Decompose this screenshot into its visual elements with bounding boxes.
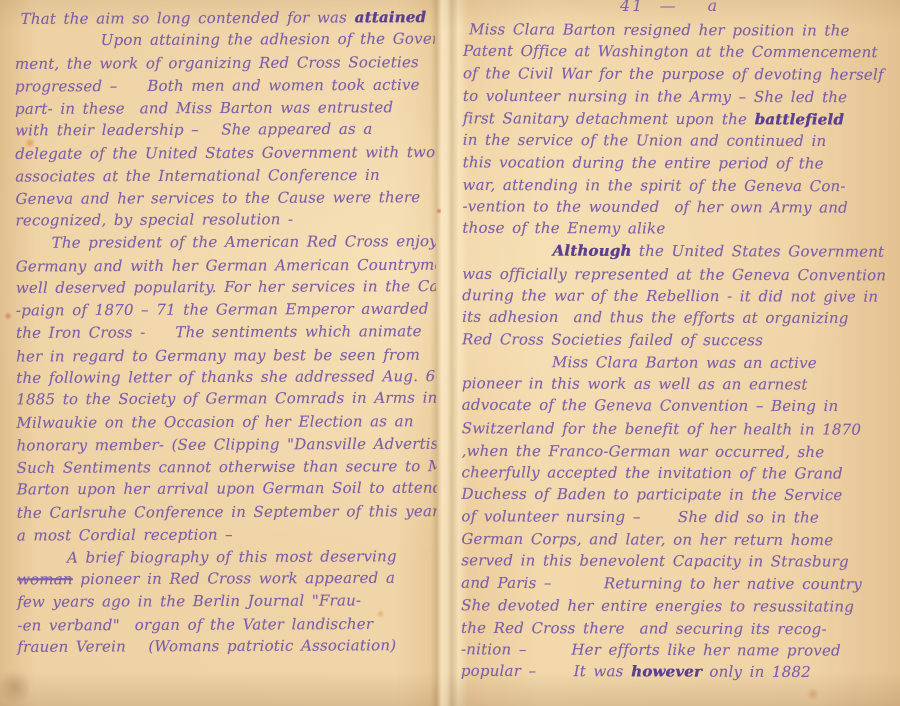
text-segment: well deserved popularity. For her servic… (16, 277, 436, 297)
manuscript-line: Such Sentiments cannot otherwise than se… (15, 455, 437, 479)
manuscript-line: the Red Cross there and securing its rec… (459, 617, 897, 641)
manuscript-line: a most Cordial reception – (15, 523, 437, 547)
page-number: 41 — a (620, 0, 719, 17)
text-segment: those of the Enemy alike (462, 219, 665, 238)
manuscript-line: cheerfully accepted the invitation of th… (460, 461, 898, 485)
manuscript-line: well deserved popularity. For her servic… (14, 275, 436, 299)
text-segment: a most Cordial reception – (17, 526, 233, 545)
manuscript-line: Miss Clara Barton was an active (460, 351, 898, 375)
manuscript-line: few years ago in the Berlin Journal "Fra… (15, 589, 437, 613)
text-segment: ,when the Franco-German war occurred, sh… (462, 442, 825, 461)
manuscript-line: and Paris – Returning to her native coun… (459, 571, 897, 595)
manuscript-line: her in regard to Germany may best be see… (14, 343, 436, 367)
manuscript-line: Duchess of Baden to participate in the S… (459, 483, 897, 507)
text-segment: Switzerland for the benefit of her healt… (462, 419, 862, 438)
manuscript-line: She devoted her entire energies to resus… (459, 594, 897, 618)
text-segment: That the aim so long contended for was (21, 8, 355, 27)
right-page: 41 — a Miss Clara Barton resigned her po… (452, 0, 900, 706)
left-page-text: That the aim so long contended for was a… (0, 6, 438, 659)
text-segment: frauen Verein (Womans patriotic Associat… (17, 636, 396, 656)
text-segment: associates at the International Conferen… (15, 166, 380, 186)
manuscript-line: Although the United States Government (460, 240, 898, 264)
manuscript-line: Patent Office at Washington at the Comme… (461, 40, 899, 64)
text-segment: -vention to the wounded of her own Army … (462, 197, 847, 216)
text-segment: She devoted her entire energies to resus… (461, 596, 854, 615)
manuscript-line: served in this benevolent Capacity in St… (459, 550, 897, 574)
manuscript-line: honorary member- (See Clipping "Dansvill… (14, 433, 436, 457)
manuscript-line: 1885 to the Society of German Comrads in… (14, 387, 436, 411)
text-segment: with their leadership – She appeared as … (15, 120, 372, 140)
text-segment: A brief biography of this most deserving (67, 547, 397, 566)
manuscript-line: its adhesion and thus the efforts at org… (460, 306, 898, 330)
text-segment: Geneva and her services to the Cause wer… (15, 188, 420, 208)
manuscript-line: Barton upon her arrival upon German Soil… (15, 477, 437, 501)
text-segment: Germany and with her German American Cou… (16, 255, 436, 275)
text-segment: Duchess of Baden to participate in the S… (461, 485, 842, 504)
manuscript-line: Upon attaining the adhesion of the Gover… (13, 28, 435, 52)
text-segment: progressed – Both men and women took act… (15, 76, 420, 96)
text-segment: Miss Clara Barton resigned her position … (469, 20, 850, 39)
manuscript-line: Red Cross Societies failed of success (460, 328, 898, 352)
manuscript-line: those of the Enemy alike (460, 217, 898, 241)
text-segment: Although (552, 242, 631, 260)
text-segment: first Sanitary detachment upon the (463, 109, 755, 128)
manuscript-line: part- in these and Miss Barton was entru… (13, 96, 435, 120)
text-segment: the Carlsruhe Conference in September of… (17, 502, 437, 522)
text-segment: in the service of the Union and continue… (463, 130, 827, 149)
manuscript-line: was officially represented at the Geneva… (460, 262, 898, 286)
manuscript-line: the Carlsruhe Conference in September of… (15, 500, 437, 524)
text-segment: was officially represented at the Geneva… (462, 264, 886, 283)
text-segment: the United States Government (631, 242, 884, 261)
manuscript-line: The president of the American Red Cross … (14, 230, 436, 254)
right-page-text: Miss Clara Barton resigned her position … (452, 18, 900, 684)
manuscript-line: woman pioneer in Red Cross work appeared… (15, 566, 437, 590)
text-segment: her in regard to Germany may best be see… (16, 345, 420, 365)
manuscript-line: during the war of the Rebellion - it did… (460, 284, 898, 308)
text-segment: -paign of 1870 – 71 the German Emperor a… (16, 299, 436, 319)
manuscript-line: ment, the work of organizing Red Cross S… (13, 51, 435, 75)
manuscript-line: delegate of the United States Government… (13, 141, 435, 165)
text-segment: 1885 to the Society of German Comrads in… (16, 389, 436, 409)
text-segment: Patent Office at Washington at the Comme… (463, 42, 878, 61)
text-segment: Red Cross Societies failed of success (462, 330, 763, 349)
manuscript-line: the Iron Cross - The sentiments which an… (14, 320, 436, 344)
manuscript-photo: That the aim so long contended for was a… (0, 0, 900, 706)
manuscript-line: Milwaukie on the Occasion of her Electio… (14, 410, 436, 434)
manuscript-line: progressed – Both men and women took act… (13, 74, 435, 98)
left-page: That the aim so long contended for was a… (0, 0, 438, 706)
manuscript-line: Germany and with her German American Cou… (14, 253, 436, 277)
text-segment: of volunteer nursing – She did so in the (461, 507, 819, 526)
manuscript-line: advocate of the Geneva Convention – Bein… (460, 394, 898, 418)
text-segment: served in this benevolent Capacity in St… (461, 552, 849, 571)
text-segment: Miss Clara Barton was an active (552, 353, 817, 372)
manuscript-line: -nition – Her efforts like her name prov… (459, 638, 897, 662)
text-segment: woman (17, 570, 73, 588)
manuscript-line: A brief biography of this most deserving (15, 545, 437, 569)
manuscript-line: -en verband" organ of the Vater landisch… (15, 612, 437, 636)
manuscript-line: with their leadership – She appeared as … (13, 118, 435, 142)
text-segment: battlefield (754, 110, 843, 128)
text-segment: part- in these and Miss Barton was entru… (15, 98, 393, 118)
text-segment: and Paris – Returning to her native coun… (461, 573, 862, 592)
text-segment: its adhesion and thus the efforts at org… (462, 308, 848, 327)
text-segment: Upon attaining the adhesion of the Gover… (101, 30, 435, 50)
manuscript-line: Geneva and her services to the Cause wer… (13, 186, 435, 210)
manuscript-line: war, attending in the spirit of the Gene… (461, 174, 899, 198)
text-segment: ment, the work of organizing Red Cross S… (15, 53, 419, 73)
text-segment: this vocation during the entire period o… (463, 153, 824, 172)
manuscript-line: associates at the International Conferen… (13, 164, 435, 188)
text-segment: cheerfully accepted the invitation of th… (462, 463, 843, 482)
manuscript-line: ,when the Franco-German war occurred, sh… (460, 440, 898, 464)
manuscript-line: popular – It was however only in 1882 (459, 660, 897, 684)
text-segment: Milwaukie on the Occasion of her Electio… (16, 412, 413, 432)
text-segment: Barton upon her arrival upon German Soil… (17, 479, 437, 499)
manuscript-line: to volunteer nursing in the Army – She l… (461, 85, 899, 109)
text-segment: popular – It was (461, 662, 631, 681)
manuscript-line: That the aim so long contended for was a… (13, 6, 435, 30)
text-segment: The president of the American Red Cross … (52, 232, 436, 252)
manuscript-line: frauen Verein (Womans patriotic Associat… (15, 634, 437, 658)
manuscript-line: in the service of the Union and continue… (461, 128, 899, 152)
manuscript-line: Switzerland for the benefit of her healt… (460, 417, 898, 441)
text-segment: -en verband" organ of the Vater landisch… (17, 615, 373, 635)
text-segment: war, attending in the spirit of the Gene… (463, 176, 846, 195)
text-segment: pioneer in Red Cross work appeared a (73, 569, 395, 588)
manuscript-line: first Sanitary detachment upon the battl… (461, 107, 899, 131)
manuscript-line: this vocation during the entire period o… (461, 151, 899, 175)
text-segment: however (631, 662, 702, 680)
text-segment: the Iron Cross - The sentiments which an… (16, 322, 422, 342)
text-segment: Such Sentiments cannot otherwise than se… (17, 457, 437, 477)
text-segment: the Red Cross there and securing its rec… (461, 619, 827, 638)
text-segment: to volunteer nursing in the Army – She l… (463, 87, 847, 106)
manuscript-line: -paign of 1870 – 71 the German Emperor a… (14, 297, 436, 321)
text-segment: pioneer in this work as well as an earne… (462, 375, 808, 394)
text-segment: the following letter of thanks she addre… (16, 367, 436, 387)
text-segment: honorary member- (See Clipping "Dansvill… (16, 435, 436, 455)
manuscript-line: Miss Clara Barton resigned her position … (461, 18, 899, 42)
text-segment: during the war of the Rebellion - it did… (462, 286, 878, 305)
manuscript-line: recognized, by special resolution - (13, 207, 435, 231)
text-segment: of the Civil War for the purpose of devo… (463, 65, 884, 84)
manuscript-line: of volunteer nursing – She did so in the (459, 505, 897, 529)
manuscript-line: pioneer in this work as well as an earne… (460, 372, 898, 396)
manuscript-line: -vention to the wounded of her own Army … (460, 195, 898, 219)
text-segment: few years ago in the Berlin Journal "Fra… (17, 592, 361, 612)
text-segment: only in 1882 (702, 663, 811, 681)
text-segment: -nition – Her efforts like her name prov… (461, 640, 841, 659)
text-segment: advocate of the Geneva Convention – Bein… (462, 396, 839, 415)
manuscript-line: of the Civil War for the purpose of devo… (461, 63, 899, 87)
text-segment: attained (354, 8, 426, 26)
text-segment: delegate of the United States Government… (15, 143, 435, 163)
manuscript-line: the following letter of thanks she addre… (14, 365, 436, 389)
text-segment: German Corps, and later, on her return h… (461, 530, 833, 549)
text-segment: recognized, by special resolution - (15, 210, 293, 229)
manuscript-line: German Corps, and later, on her return h… (459, 528, 897, 552)
